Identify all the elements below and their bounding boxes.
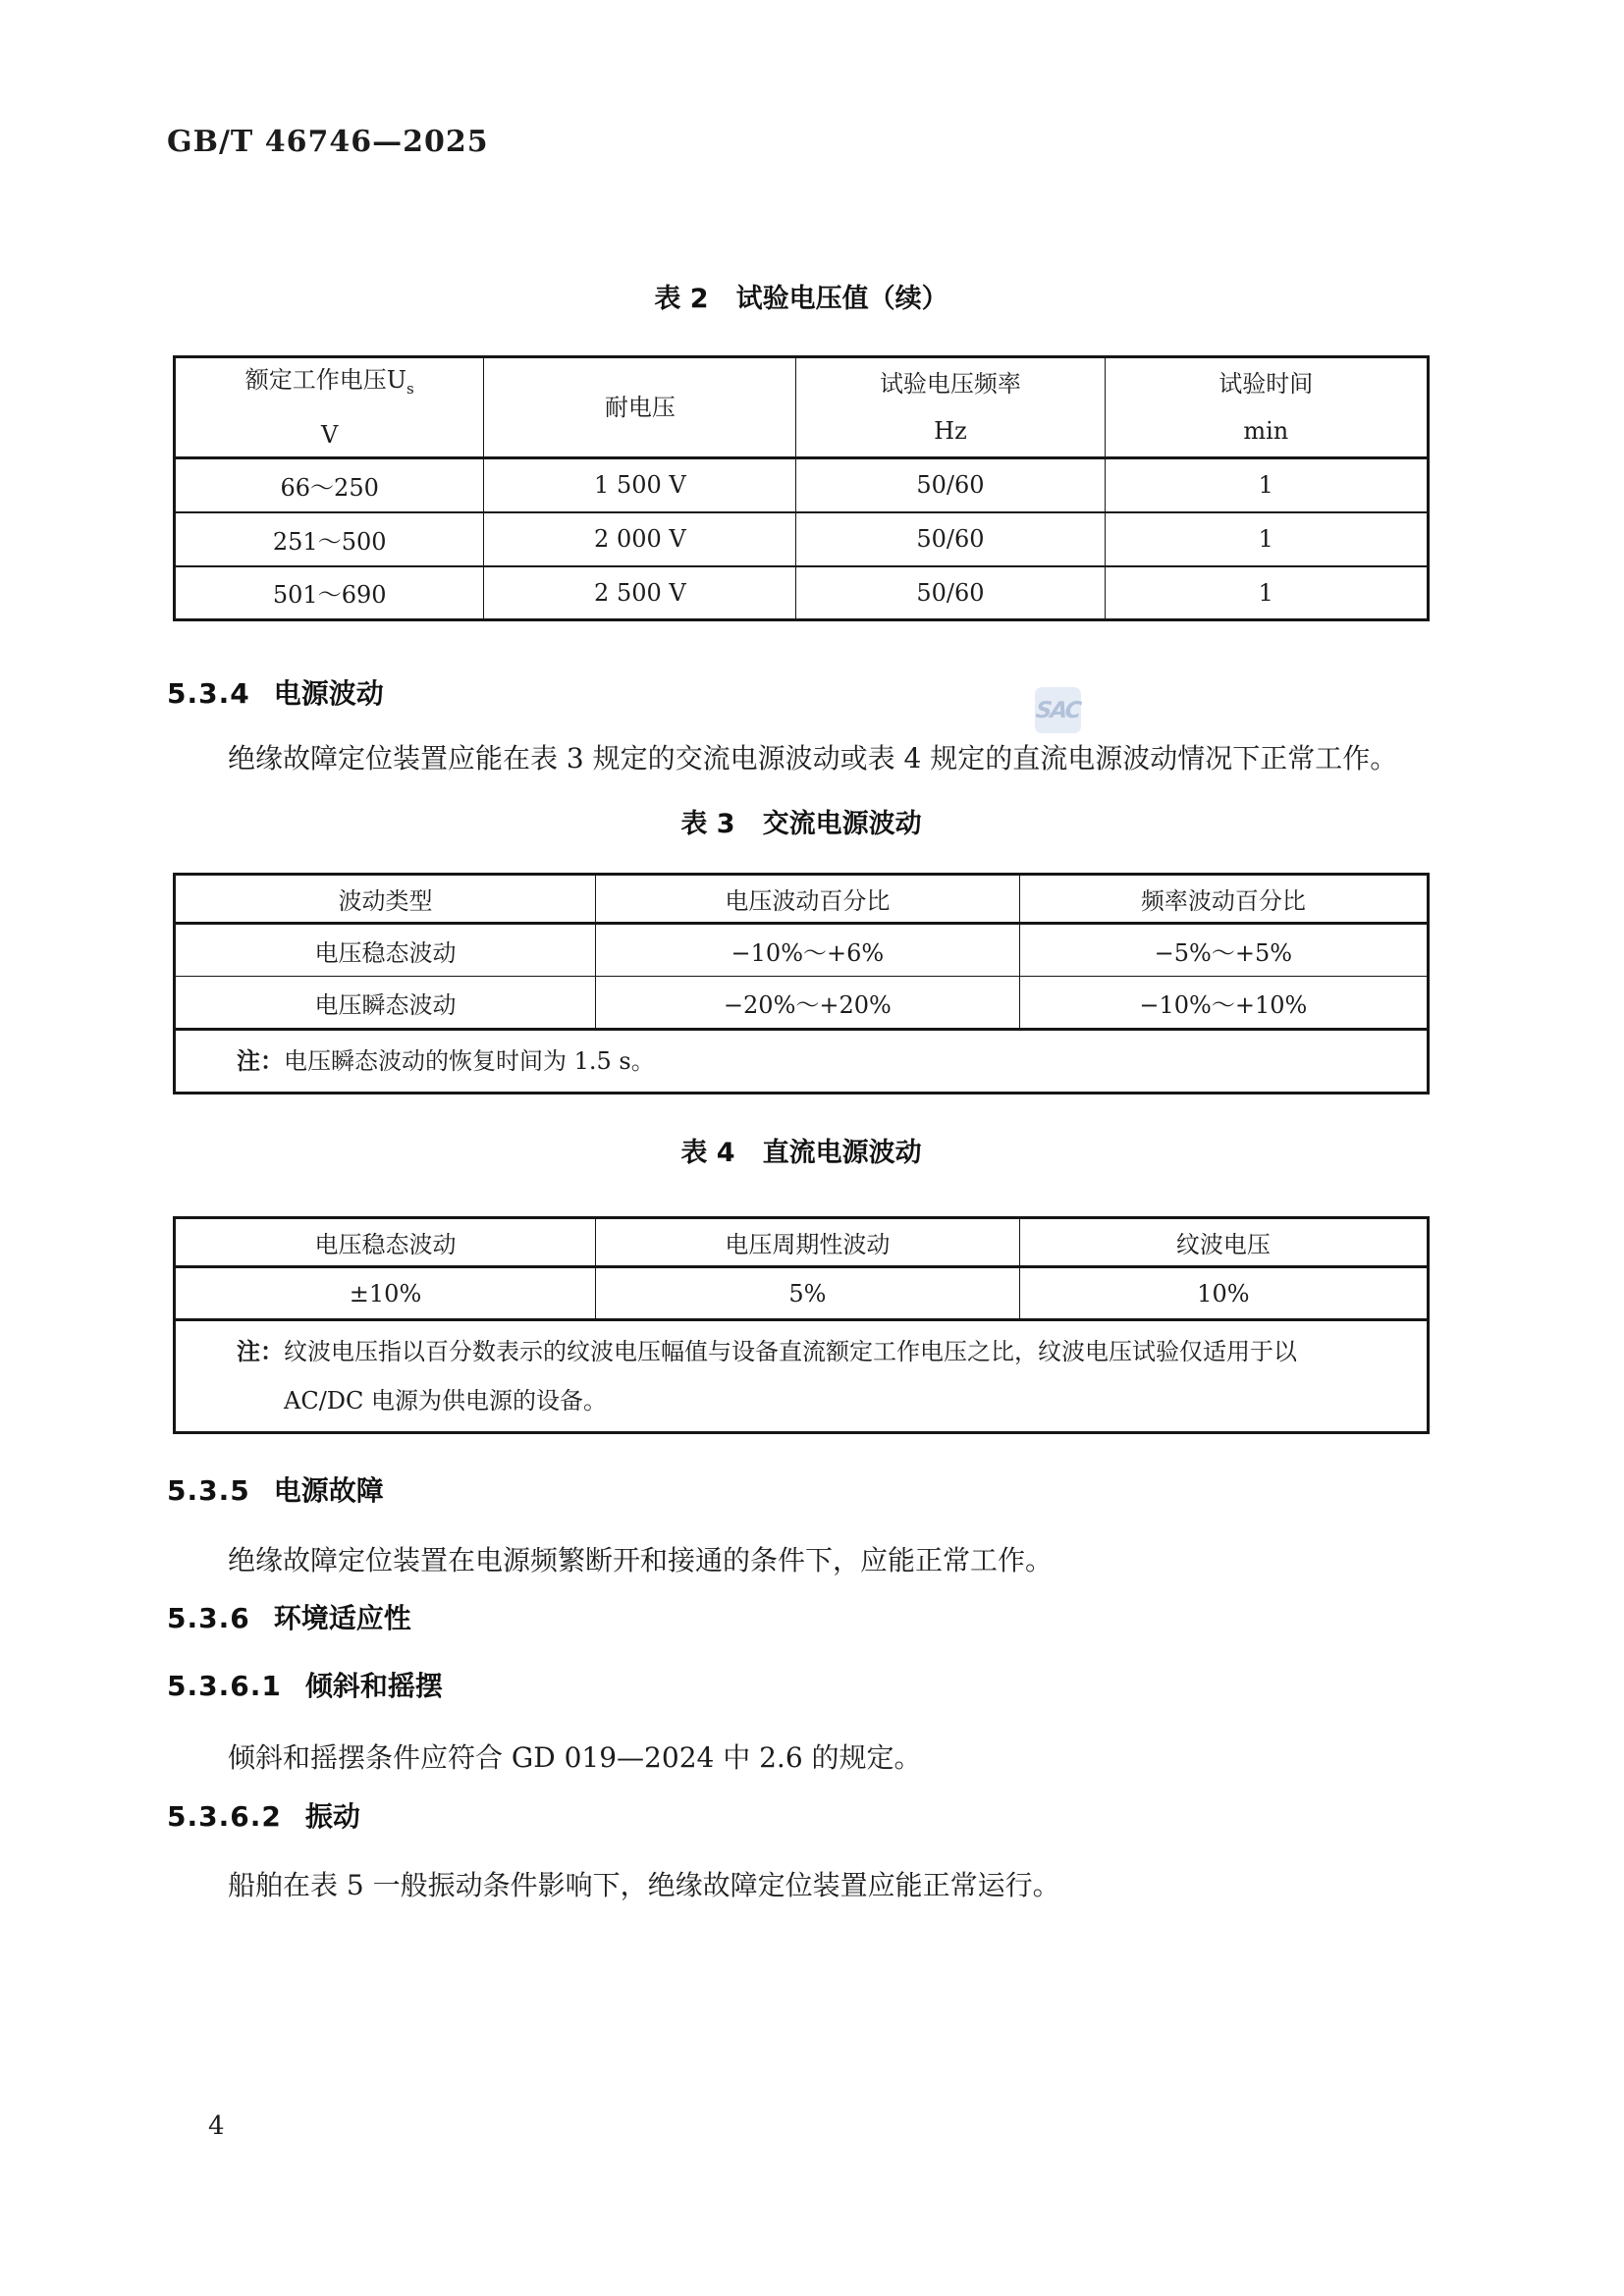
table-note-cell: 注： 纹波电压指以百分数表示的纹波电压幅值与设备直流额定工作电压之比，纹波电压试…: [175, 1320, 1429, 1433]
column-header: 波动类型: [175, 875, 596, 924]
doc-code: GB/T 46746—2025: [167, 128, 489, 157]
column-header-label: 试验电压频率: [880, 370, 1021, 398]
table-cell: ±10%: [175, 1267, 596, 1320]
table-cell: 1: [1105, 566, 1428, 620]
table-cell: −10%～+6%: [596, 924, 1020, 977]
note-text: 纹波电压指以百分数表示的纹波电压幅值与设备直流额定工作电压之比，纹波电压试验仅适…: [284, 1327, 1381, 1425]
section-number: 5.3.4: [167, 677, 250, 710]
table-cell: 501～690: [175, 566, 484, 620]
table4-caption: 表 4直流电源波动: [173, 1140, 1430, 1166]
table-cell: 50/60: [796, 566, 1105, 620]
section-heading-5-3-6-2: 5.3.6.2振动: [167, 1803, 360, 1831]
column-header-unit: Hz: [796, 416, 1104, 446]
table-row: 66～250 1 500 V 50/60 1: [175, 458, 1429, 512]
sac-watermark-text: SAC: [1035, 698, 1081, 723]
column-header-label: 耐电压: [605, 394, 676, 421]
table-row: 251～500 2 000 V 50/60 1: [175, 512, 1429, 566]
table-cell: 1: [1105, 512, 1428, 566]
table-note-cell: 注： 电压瞬态波动的恢复时间为 1.5 s。: [175, 1030, 1429, 1094]
section-heading-5-3-5: 5.3.5电源故障: [167, 1477, 384, 1505]
table3-caption-number: 表 3: [680, 809, 734, 839]
section-number: 5.3.6.2: [167, 1800, 282, 1833]
section-title: 电源波动: [274, 677, 384, 710]
table-cell: 50/60: [796, 512, 1105, 566]
table4-caption-text: 直流电源波动: [763, 1138, 922, 1168]
sac-watermark-logo: SAC: [1035, 687, 1081, 733]
column-header-label: 试验时间: [1218, 370, 1313, 398]
column-header: 频率波动百分比: [1019, 875, 1428, 924]
table-cell: 1: [1105, 458, 1428, 512]
table-row: 电压稳态波动 −10%～+6% −5%～+5%: [175, 924, 1429, 977]
table-cell: 1 500 V: [484, 458, 796, 512]
table3-caption: 表 3交流电源波动: [173, 811, 1430, 837]
table-cell: −20%～+20%: [596, 977, 1020, 1030]
table-note-row: 注： 纹波电压指以百分数表示的纹波电压幅值与设备直流额定工作电压之比，纹波电压试…: [175, 1320, 1429, 1433]
column-header-label: 额定工作电压U: [245, 366, 406, 394]
table-row: 501～690 2 500 V 50/60 1: [175, 566, 1429, 620]
document-page: GB/T 46746—2025 表 2试验电压值（续） 额定工作电压Us V 耐…: [0, 0, 1624, 2296]
table2: 额定工作电压Us V 耐电压 试验电压频率 Hz 试验时间 min: [173, 355, 1430, 621]
table2-caption-number: 表 2: [654, 284, 708, 314]
column-header: 纹波电压: [1019, 1218, 1428, 1267]
table-cell: 50/60: [796, 458, 1105, 512]
table-cell: 2 000 V: [484, 512, 796, 566]
paragraph-5-3-6-2: 船舶在表 5 一般振动条件影响下，绝缘故障定位装置应能正常运行。: [173, 1864, 1449, 1906]
section-heading-5-3-6-1: 5.3.6.1倾斜和摇摆: [167, 1673, 443, 1700]
page-number: 4: [208, 2113, 225, 2139]
table2-header-row: 额定工作电压Us V 耐电压 试验电压频率 Hz 试验时间 min: [175, 357, 1429, 458]
column-header: 电压波动百分比: [596, 875, 1020, 924]
section-number: 5.3.5: [167, 1474, 250, 1507]
table-cell: 电压瞬态波动: [175, 977, 596, 1030]
column-header: 电压周期性波动: [596, 1218, 1020, 1267]
table-cell: 电压稳态波动: [175, 924, 596, 977]
column-header-subscript: s: [406, 379, 414, 397]
note-label: 注：: [237, 1037, 284, 1086]
table4-header-row: 电压稳态波动 电压周期性波动 纹波电压: [175, 1218, 1429, 1267]
column-header-unit: V: [176, 420, 483, 450]
table-cell: −5%～+5%: [1019, 924, 1428, 977]
note-text: 电压瞬态波动的恢复时间为 1.5 s。: [284, 1037, 655, 1086]
section-title: 环境适应性: [274, 1602, 411, 1634]
table-cell: 251～500: [175, 512, 484, 566]
section-heading-5-3-4: 5.3.4电源波动: [167, 680, 384, 708]
table-row: 电压瞬态波动 −20%～+20% −10%～+10%: [175, 977, 1429, 1030]
paragraph-5-3-6-1: 倾斜和摇摆条件应符合 GD 019—2024 中 2.6 的规定。: [173, 1736, 1449, 1779]
column-header: 耐电压: [484, 357, 796, 458]
table-row: ±10% 5% 10%: [175, 1267, 1429, 1320]
table-cell: −10%～+10%: [1019, 977, 1428, 1030]
note-label: 注：: [237, 1327, 284, 1376]
paragraph-5-3-5: 绝缘故障定位装置在电源频繁断开和接通的条件下，应能正常工作。: [173, 1539, 1449, 1581]
column-header: 试验时间 min: [1105, 357, 1428, 458]
column-header: 试验电压频率 Hz: [796, 357, 1105, 458]
section-number: 5.3.6: [167, 1602, 250, 1634]
table3: 波动类型 电压波动百分比 频率波动百分比 电压稳态波动 −10%～+6% −5%…: [173, 873, 1430, 1095]
table2-caption-text: 试验电压值（续）: [736, 284, 948, 314]
paragraph-5-3-4: 绝缘故障定位装置应能在表 3 规定的交流电源波动或表 4 规定的直流电源波动情况…: [173, 737, 1449, 779]
column-header-unit: min: [1106, 416, 1427, 446]
table3-header-row: 波动类型 电压波动百分比 频率波动百分比: [175, 875, 1429, 924]
table4: 电压稳态波动 电压周期性波动 纹波电压 ±10% 5% 10% 注： 纹波电压指…: [173, 1216, 1430, 1434]
table-cell: 10%: [1019, 1267, 1428, 1320]
column-header: 额定工作电压Us V: [175, 357, 484, 458]
table-cell: 5%: [596, 1267, 1020, 1320]
table2-caption: 表 2试验电压值（续）: [173, 286, 1430, 312]
section-heading-5-3-6: 5.3.6环境适应性: [167, 1605, 411, 1632]
table-cell: 2 500 V: [484, 566, 796, 620]
section-title: 电源故障: [274, 1474, 384, 1507]
column-header: 电压稳态波动: [175, 1218, 596, 1267]
section-title: 振动: [305, 1800, 360, 1833]
table4-caption-number: 表 4: [680, 1138, 734, 1168]
table3-caption-text: 交流电源波动: [763, 809, 922, 839]
section-title: 倾斜和摇摆: [305, 1670, 443, 1702]
table-note-row: 注： 电压瞬态波动的恢复时间为 1.5 s。: [175, 1030, 1429, 1094]
table-cell: 66～250: [175, 458, 484, 512]
section-number: 5.3.6.1: [167, 1670, 282, 1702]
